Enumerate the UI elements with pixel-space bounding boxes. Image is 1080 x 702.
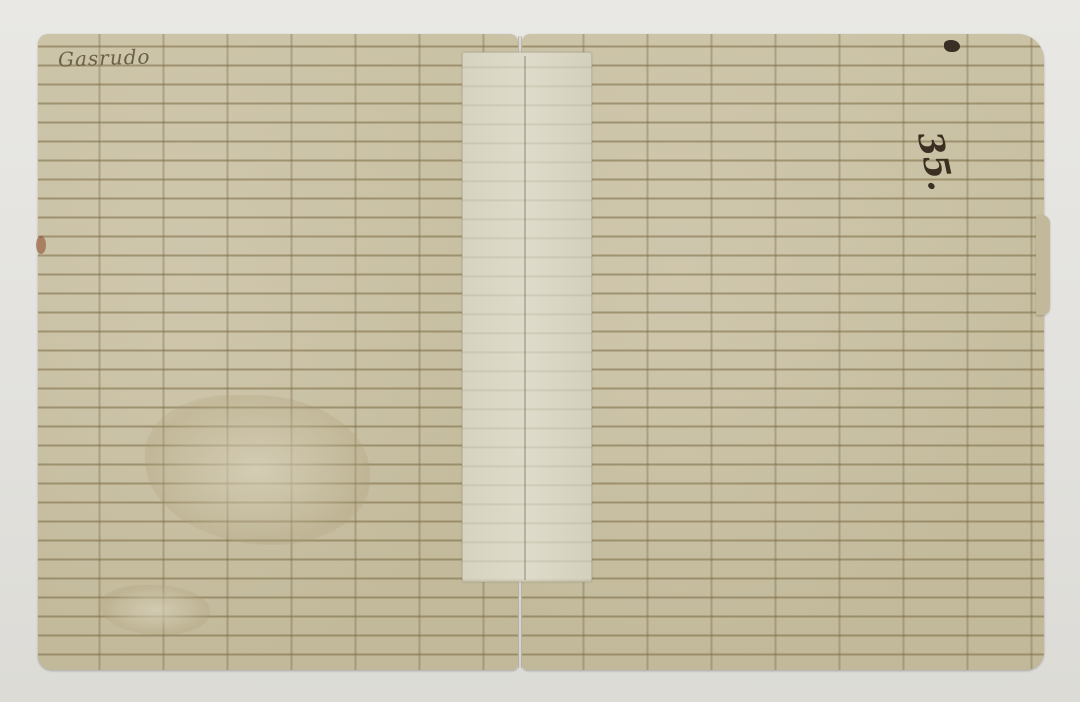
handwritten-note-top-left: Gasrudo	[58, 44, 151, 71]
paper-tear-flap	[1036, 215, 1050, 315]
repair-tape-strip	[462, 52, 592, 582]
rust-stain-mark	[36, 236, 46, 254]
paper-leaf-left	[38, 34, 518, 670]
ink-blot	[944, 40, 960, 52]
tape-seam-line	[524, 56, 526, 580]
paper-leaf-right	[522, 34, 1044, 670]
